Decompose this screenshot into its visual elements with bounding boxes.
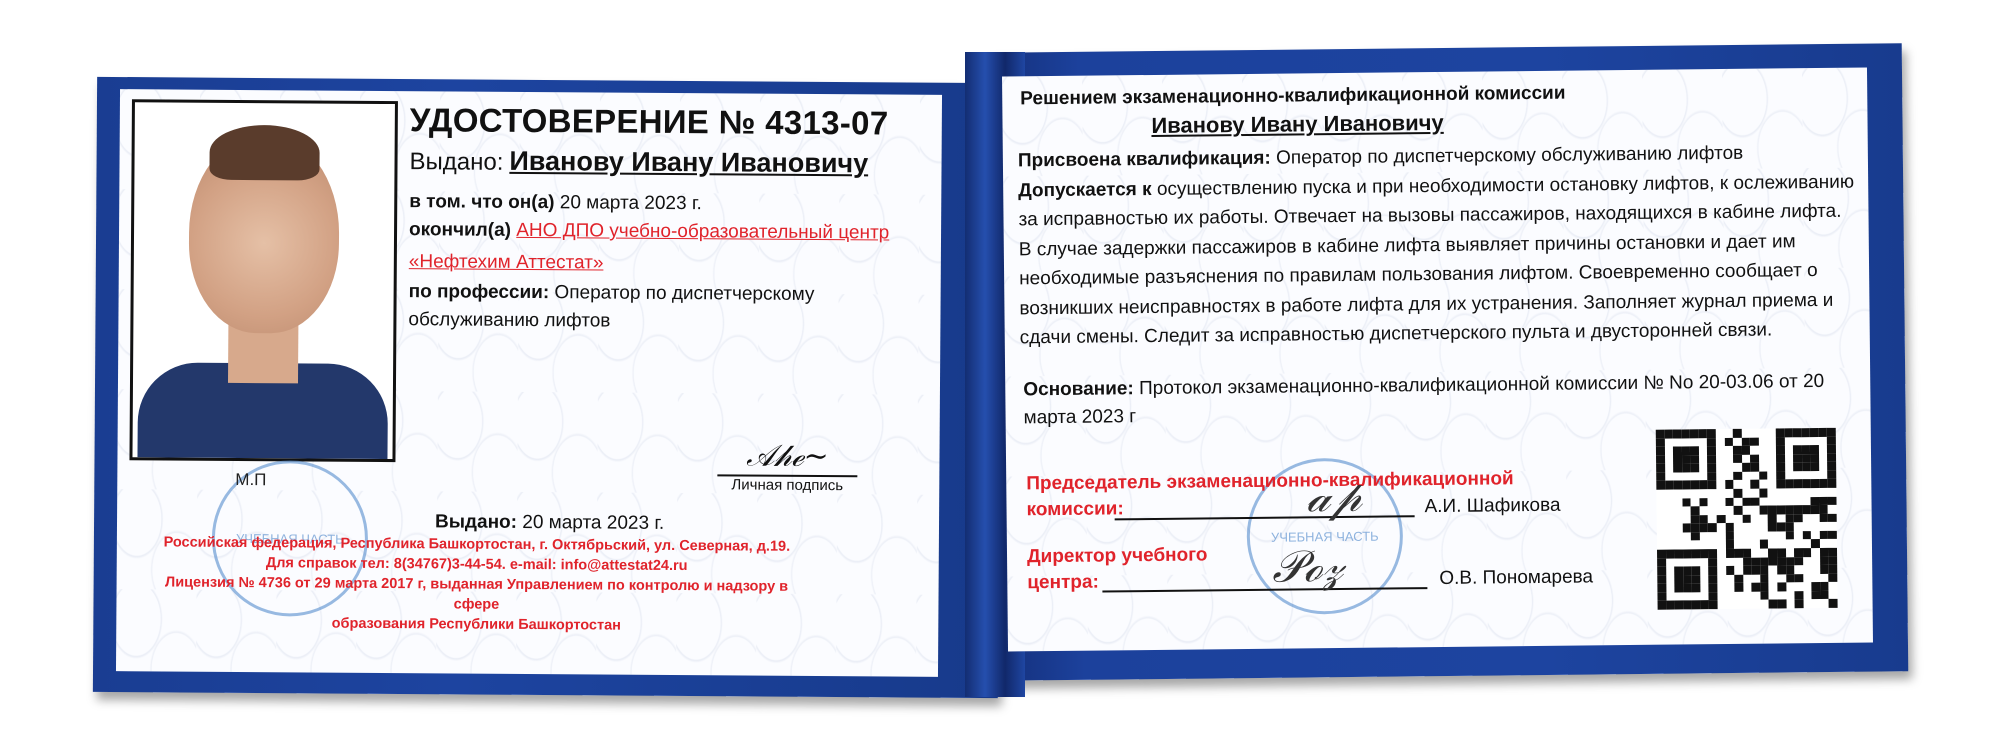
- admitted-paragraph: Допускается к осуществлению пуска и при …: [1018, 167, 1860, 353]
- qr-module: [1803, 540, 1812, 549]
- qr-module: [1768, 514, 1777, 523]
- qr-module: [1794, 565, 1803, 574]
- qr-module: [1734, 532, 1743, 541]
- qr-module: [1803, 600, 1812, 609]
- qr-module: [1734, 557, 1743, 566]
- qr-module: [1819, 428, 1828, 437]
- qr-module: [1777, 591, 1786, 600]
- qr-module: [1656, 472, 1665, 481]
- qr-module: [1750, 471, 1759, 480]
- qr-module: [1767, 437, 1776, 446]
- qr-module: [1707, 429, 1716, 438]
- qr-module: [1682, 438, 1691, 447]
- qr-module: [1691, 558, 1700, 567]
- graduated-line: окончил(а) АНО ДПО учебно-образовательны…: [409, 219, 889, 244]
- qr-module: [1793, 428, 1802, 437]
- qr-module: [1752, 591, 1761, 600]
- qr-module: [1752, 574, 1761, 583]
- qr-module: [1700, 566, 1709, 575]
- signature-scribble: 𝒜𝒽ℯ~: [717, 438, 857, 477]
- qr-module: [1673, 447, 1682, 456]
- qr-module: [1769, 600, 1778, 609]
- qr-module: [1768, 488, 1777, 497]
- qualification-value: Оператор по диспетчерскому обслуживанию …: [1276, 143, 1743, 169]
- holder-photo: [129, 99, 398, 462]
- qr-module: [1717, 549, 1726, 558]
- qr-module: [1674, 558, 1683, 567]
- qr-module: [1716, 480, 1725, 489]
- qr-module: [1751, 540, 1760, 549]
- qr-module: [1726, 583, 1735, 592]
- qr-module: [1812, 582, 1821, 591]
- qr-module: [1682, 455, 1691, 464]
- qr-module: [1803, 531, 1812, 540]
- qr-module: [1820, 565, 1829, 574]
- qr-module: [1829, 556, 1838, 565]
- qr-module: [1743, 549, 1752, 558]
- qr-module: [1829, 574, 1838, 583]
- qr-module: [1682, 506, 1691, 515]
- footer-license-2: образования Республики Башкортостан: [156, 612, 796, 636]
- qr-module: [1786, 548, 1795, 557]
- qr-module: [1666, 601, 1675, 610]
- qr-module: [1785, 523, 1794, 532]
- qr-module: [1768, 463, 1777, 472]
- qr-module: [1742, 506, 1751, 515]
- qr-module: [1785, 488, 1794, 497]
- qr-module: [1699, 481, 1708, 490]
- qr-module: [1717, 523, 1726, 532]
- qr-module: [1657, 550, 1666, 559]
- qr-module: [1708, 489, 1717, 498]
- institution-line-2: «Нефтехим Аттестат»: [409, 251, 604, 274]
- qr-module: [1656, 438, 1665, 447]
- qr-module: [1751, 506, 1760, 515]
- qr-module: [1812, 599, 1821, 608]
- qr-module: [1665, 464, 1674, 473]
- qr-module: [1810, 471, 1819, 480]
- qr-module: [1699, 472, 1708, 481]
- qr-module: [1786, 557, 1795, 566]
- qr-module: [1820, 556, 1829, 565]
- qr-module: [1683, 575, 1692, 584]
- qr-module: [1828, 531, 1837, 540]
- qr-module: [1785, 463, 1794, 472]
- qr-module: [1725, 463, 1734, 472]
- stamp-place-label: М.П: [235, 470, 266, 490]
- qr-module: [1751, 514, 1760, 523]
- qr-module: [1750, 446, 1759, 455]
- qr-module: [1819, 514, 1828, 523]
- fact-label: в том. что он(а): [409, 191, 554, 213]
- qr-module: [1828, 522, 1837, 531]
- qr-module: [1691, 541, 1700, 550]
- qr-module: [1819, 445, 1828, 454]
- qr-module: [1725, 489, 1734, 498]
- qr-module: [1700, 601, 1709, 610]
- qr-module: [1750, 437, 1759, 446]
- footer-license-1: Лицензия № 4736 от 29 марта 2017 г, выда…: [156, 572, 796, 616]
- qr-module: [1769, 591, 1778, 600]
- qr-module: [1657, 592, 1666, 601]
- qr-module: [1675, 584, 1684, 593]
- qr-module: [1759, 429, 1768, 438]
- qr-module: [1743, 592, 1752, 601]
- qr-module: [1716, 489, 1725, 498]
- qr-module: [1692, 601, 1701, 610]
- qr-module: [1724, 437, 1733, 446]
- qr-module: [1811, 479, 1820, 488]
- qr-module: [1700, 541, 1709, 550]
- fact-date: 20 марта 2023 г.: [560, 192, 702, 214]
- qr-module: [1735, 600, 1744, 609]
- qr-module: [1699, 429, 1708, 438]
- qr-module: [1725, 540, 1734, 549]
- issued-date: 20 марта 2023 г.: [522, 512, 664, 534]
- qr-module: [1658, 601, 1667, 610]
- qr-module: [1794, 488, 1803, 497]
- qr-module: [1795, 600, 1804, 609]
- qr-module: [1828, 479, 1837, 488]
- qr-module: [1786, 600, 1795, 609]
- qr-module: [1674, 515, 1683, 524]
- holder-name-right: Иванову Ивану Ивановичу: [1002, 108, 1592, 140]
- qr-module: [1785, 454, 1794, 463]
- qr-module: [1784, 437, 1793, 446]
- qr-module: [1759, 497, 1768, 506]
- qr-module: [1699, 455, 1708, 464]
- qr-module: [1708, 532, 1717, 541]
- qr-code: [1656, 428, 1838, 610]
- qr-module: [1802, 471, 1811, 480]
- profession-value-2: обслуживанию лифтов: [408, 309, 610, 331]
- qr-module: [1785, 531, 1794, 540]
- qr-module: [1657, 575, 1666, 584]
- qr-module: [1784, 428, 1793, 437]
- qr-module: [1767, 454, 1776, 463]
- qr-module: [1665, 481, 1674, 490]
- qr-module: [1812, 591, 1821, 600]
- qr-module: [1768, 471, 1777, 480]
- qr-module: [1666, 567, 1675, 576]
- qr-module: [1716, 446, 1725, 455]
- qr-module: [1691, 524, 1700, 533]
- qr-module: [1725, 472, 1734, 481]
- qr-module: [1682, 464, 1691, 473]
- qr-module: [1768, 506, 1777, 515]
- chairman-name: А.И. Шафикова: [1424, 495, 1560, 518]
- qr-module: [1675, 601, 1684, 610]
- qr-module: [1742, 463, 1751, 472]
- institution-name-2: «Нефтехим Аттестат»: [409, 251, 604, 273]
- qr-module: [1683, 584, 1692, 593]
- qr-module: [1819, 488, 1828, 497]
- qr-module: [1811, 497, 1820, 506]
- personal-signature: 𝒜𝒽ℯ~ Личная подпись: [717, 438, 857, 494]
- qr-module: [1699, 463, 1708, 472]
- qr-module: [1690, 464, 1699, 473]
- qr-module: [1664, 430, 1673, 439]
- qr-module: [1785, 497, 1794, 506]
- qr-module: [1767, 428, 1776, 437]
- qr-module: [1725, 497, 1734, 506]
- qr-module: [1742, 480, 1751, 489]
- qr-module: [1828, 514, 1837, 523]
- qr-module: [1812, 574, 1821, 583]
- qr-module: [1690, 455, 1699, 464]
- qr-module: [1743, 566, 1752, 575]
- qr-module: [1751, 557, 1760, 566]
- qr-module: [1700, 575, 1709, 584]
- qr-module: [1682, 446, 1691, 455]
- qr-module: [1664, 438, 1673, 447]
- qr-module: [1682, 515, 1691, 524]
- qr-module: [1708, 549, 1717, 558]
- qr-module: [1802, 437, 1811, 446]
- qr-module: [1811, 505, 1820, 514]
- qr-module: [1768, 523, 1777, 532]
- qr-module: [1794, 548, 1803, 557]
- qr-module: [1700, 592, 1709, 601]
- qr-module: [1657, 524, 1666, 533]
- qr-module: [1682, 489, 1691, 498]
- qr-module: [1751, 523, 1760, 532]
- qr-module: [1717, 583, 1726, 592]
- qr-module: [1742, 446, 1751, 455]
- chairman-label-1: Председатель экзаменационно-квалификацио…: [1026, 466, 1514, 497]
- qr-module: [1708, 523, 1717, 532]
- qr-module: [1794, 582, 1803, 591]
- qr-module: [1794, 574, 1803, 583]
- qr-module: [1709, 558, 1718, 567]
- basis-label: Основание:: [1023, 378, 1134, 400]
- qr-module: [1819, 454, 1828, 463]
- qr-module: [1734, 515, 1743, 524]
- qr-module: [1760, 549, 1769, 558]
- qr-module: [1785, 514, 1794, 523]
- qr-module: [1811, 522, 1820, 531]
- qr-module: [1750, 463, 1759, 472]
- qr-module: [1657, 507, 1666, 516]
- qr-module: [1802, 505, 1811, 514]
- qr-module: [1733, 446, 1742, 455]
- qr-module: [1692, 584, 1701, 593]
- qr-module: [1709, 601, 1718, 610]
- qr-module: [1733, 437, 1742, 446]
- qr-module: [1776, 437, 1785, 446]
- qr-module: [1734, 506, 1743, 515]
- basis-text: Протокол экзаменационно-квалификационной…: [1023, 371, 1824, 428]
- qr-module: [1828, 539, 1837, 548]
- qr-module: [1717, 506, 1726, 515]
- qr-module: [1674, 489, 1683, 498]
- qr-module: [1673, 472, 1682, 481]
- qr-module: [1681, 429, 1690, 438]
- qr-module: [1733, 455, 1742, 464]
- qr-module: [1794, 522, 1803, 531]
- qr-module: [1674, 541, 1683, 550]
- qr-module: [1674, 498, 1683, 507]
- qr-module: [1691, 506, 1700, 515]
- qr-module: [1717, 515, 1726, 524]
- qr-module: [1734, 489, 1743, 498]
- qr-module: [1803, 548, 1812, 557]
- qr-module: [1776, 463, 1785, 472]
- qr-module: [1674, 575, 1683, 584]
- qr-module: [1656, 447, 1665, 456]
- qr-module: [1709, 566, 1718, 575]
- qr-module: [1827, 454, 1836, 463]
- director-name: О.В. Пономарева: [1439, 566, 1593, 590]
- qr-module: [1682, 524, 1691, 533]
- qr-module: [1708, 515, 1717, 524]
- qr-module: [1674, 567, 1683, 576]
- qr-module: [1673, 464, 1682, 473]
- qr-module: [1683, 549, 1692, 558]
- qr-module: [1683, 592, 1692, 601]
- qr-module: [1725, 515, 1734, 524]
- qr-module: [1717, 540, 1726, 549]
- qr-module: [1793, 480, 1802, 489]
- basis-paragraph: Основание: Протокол экзаменационно-квали…: [1023, 368, 1854, 433]
- qr-module: [1683, 532, 1692, 541]
- graduated-label: окончил(а): [409, 219, 511, 241]
- qr-module: [1742, 437, 1751, 446]
- qr-module: [1708, 541, 1717, 550]
- qr-module: [1793, 462, 1802, 471]
- qr-module: [1829, 582, 1838, 591]
- qr-module: [1810, 462, 1819, 471]
- qr-module: [1810, 437, 1819, 446]
- qr-module: [1759, 463, 1768, 472]
- issued-to-label: Выдано:: [409, 148, 503, 176]
- qr-module: [1777, 531, 1786, 540]
- qr-module: [1735, 592, 1744, 601]
- qr-module: [1656, 490, 1665, 499]
- qr-module: [1786, 574, 1795, 583]
- qr-module: [1794, 505, 1803, 514]
- qr-module: [1794, 514, 1803, 523]
- qr-module: [1777, 523, 1786, 532]
- qr-module: [1820, 599, 1829, 608]
- qr-module: [1692, 592, 1701, 601]
- qr-module: [1673, 481, 1682, 490]
- holder-name: Иванову Ивану Ивановичу: [509, 146, 868, 179]
- qr-module: [1802, 480, 1811, 489]
- qr-module: [1776, 446, 1785, 455]
- qr-module: [1829, 591, 1838, 600]
- qr-module: [1657, 532, 1666, 541]
- qr-module: [1718, 600, 1727, 609]
- qr-module: [1657, 515, 1666, 524]
- certificate-right-page: Решением экзаменационно-квалификационной…: [1002, 67, 1873, 651]
- qr-module: [1725, 532, 1734, 541]
- qr-module: [1760, 540, 1769, 549]
- qr-module: [1743, 557, 1752, 566]
- qr-module: [1751, 497, 1760, 506]
- qr-module: [1768, 531, 1777, 540]
- qr-module: [1785, 540, 1794, 549]
- qr-module: [1802, 514, 1811, 523]
- qr-module: [1742, 489, 1751, 498]
- qr-module: [1725, 523, 1734, 532]
- qr-module: [1692, 575, 1701, 584]
- qr-module: [1759, 446, 1768, 455]
- qr-module: [1769, 583, 1778, 592]
- qr-module: [1657, 567, 1666, 576]
- qr-module: [1742, 454, 1751, 463]
- qr-module: [1785, 471, 1794, 480]
- qr-module: [1828, 505, 1837, 514]
- qr-module: [1682, 481, 1691, 490]
- qr-module: [1708, 506, 1717, 515]
- qr-module: [1819, 436, 1828, 445]
- qr-module: [1691, 549, 1700, 558]
- qr-module: [1725, 455, 1734, 464]
- qr-module: [1760, 531, 1769, 540]
- qr-module: [1776, 497, 1785, 506]
- qr-module: [1752, 600, 1761, 609]
- qr-module: [1674, 532, 1683, 541]
- qr-module: [1708, 498, 1717, 507]
- qr-module: [1726, 592, 1735, 601]
- qr-module: [1811, 557, 1820, 566]
- institution-name-1: АНО ДПО учебно-образовательный центр: [516, 220, 889, 244]
- issued-date-line: Выдано: 20 марта 2023 г.: [435, 511, 664, 535]
- qr-module: [1666, 584, 1675, 593]
- director-label: Директор учебного центра:: [1027, 542, 1208, 596]
- qr-module: [1665, 472, 1674, 481]
- qr-module: [1803, 582, 1812, 591]
- qr-module: [1700, 583, 1709, 592]
- qr-module: [1794, 557, 1803, 566]
- certificate-left-page: УЧЕБНАЯ ЧАСТЬ М.П УДОСТОВЕРЕНИЕ № 4313-0…: [116, 89, 942, 677]
- qr-module: [1673, 429, 1682, 438]
- qr-module: [1690, 472, 1699, 481]
- qr-module: [1734, 549, 1743, 558]
- qr-module: [1674, 524, 1683, 533]
- qr-module: [1760, 591, 1769, 600]
- qr-module: [1665, 455, 1674, 464]
- qr-module: [1743, 600, 1752, 609]
- qr-module: [1811, 488, 1820, 497]
- qr-module: [1759, 514, 1768, 523]
- qr-module: [1759, 471, 1768, 480]
- qr-module: [1776, 488, 1785, 497]
- qr-module: [1743, 532, 1752, 541]
- qr-module: [1725, 506, 1734, 515]
- qr-module: [1750, 454, 1759, 463]
- qr-module: [1751, 531, 1760, 540]
- qr-module: [1691, 498, 1700, 507]
- qr-module: [1700, 532, 1709, 541]
- qr-module: [1759, 506, 1768, 515]
- qr-module: [1794, 497, 1803, 506]
- qr-module: [1717, 558, 1726, 567]
- qr-module: [1691, 515, 1700, 524]
- qr-module: [1733, 480, 1742, 489]
- qr-module: [1656, 481, 1665, 490]
- qr-module: [1733, 429, 1742, 438]
- qr-module: [1734, 566, 1743, 575]
- qr-module: [1657, 558, 1666, 567]
- qr-module: [1656, 464, 1665, 473]
- qr-module: [1665, 515, 1674, 524]
- qr-module: [1708, 463, 1717, 472]
- qr-module: [1752, 583, 1761, 592]
- qr-module: [1768, 480, 1777, 489]
- qr-module: [1743, 583, 1752, 592]
